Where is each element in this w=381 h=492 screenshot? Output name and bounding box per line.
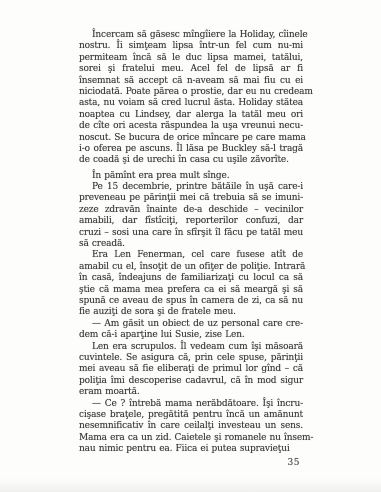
body-paragraph: Era Len Fenerman, cel care fusese atît d…	[79, 250, 303, 318]
text-line: Pe 15 decembrie, printre bătăile în uşă …	[79, 182, 303, 193]
dialogue-paragraph: — Ce ? întrebă mama nerăbdătoare. Îşi în…	[79, 399, 303, 456]
text-line: i-o oferea pe ascuns. Îl lăsa pe Buckley…	[79, 144, 303, 155]
body-paragraph: Încercam să găsesc mîngîiere la Holiday,…	[79, 30, 303, 167]
text-line: nau nimic pentru ea. Fiica ei putea supr…	[79, 444, 303, 455]
text-line: asta, nu voiam să cred lucrul ăsta. Holi…	[79, 98, 303, 109]
text-line: — Am găsit un obiect de uz personal care…	[79, 319, 303, 330]
text-line: niciodată. Poate părea o prostie, dar eu…	[79, 87, 303, 98]
text-line: Era Len Fenerman, cel care fusese atît d…	[79, 250, 303, 261]
text-line: amabili, dar fîstîciţi, reporterilor con…	[79, 216, 303, 227]
text-line: În pămînt era prea mult sînge.	[79, 171, 303, 182]
page-number: 35	[79, 458, 303, 468]
text-line: eram moartă.	[79, 387, 303, 398]
text-block: Încercam să găsesc mîngîiere la Holiday,…	[79, 30, 303, 455]
text-line: sorei şi fratelui meu. Acel fel de lipsă…	[79, 64, 303, 75]
text-line: Mama era ca un zid. Caietele şi romanele…	[79, 433, 303, 444]
text-line: permiteam încă să le duc lipsa mamei, ta…	[79, 53, 303, 64]
text-line: de coadă şi de urechi în casa cu uşile z…	[79, 155, 303, 166]
text-line: însemnat să accept că n-aveam să mai fiu…	[79, 76, 303, 87]
text-line: zeze zdravăn înainte de-a deschide – vec…	[79, 205, 303, 216]
text-line: ştie că mama mea prefera ca ei să meargă…	[79, 285, 303, 296]
text-line: nesemnificativ în care ceilalţi investea…	[79, 421, 303, 432]
text-line: cruzi – sosi una care în sfîrşit îl făcu…	[79, 228, 303, 239]
body-paragraph: Pe 15 decembrie, printre bătăile în uşă …	[79, 182, 303, 250]
text-line: spună ce aveau de spus în camera de zi, …	[79, 296, 303, 307]
text-line: amabil cu el, însoţit de un ofiţer de po…	[79, 262, 303, 273]
text-line: nostru. Îi simţeam lipsa într-un fel cum…	[79, 41, 303, 52]
text-line: dem că-i aparţine lui Susie, zise Len.	[79, 330, 303, 341]
text-line: în casă, îndeajuns de familiarizaţi cu l…	[79, 273, 303, 284]
dialogue-paragraph: — Am găsit un obiect de uz personal care…	[79, 319, 303, 342]
body-paragraph: În pămînt era prea mult sînge.	[79, 171, 303, 182]
text-line: poliţia îmi descoperise cadavrul, că în …	[79, 376, 303, 387]
text-line: — Ce ? întrebă mama nerăbdătoare. Îşi în…	[79, 399, 303, 410]
text-line: noaptea cu Lindsey, dar alerga la tatăl …	[79, 110, 303, 121]
text-line: mei aveau să fie eliberaţi de primul lor…	[79, 364, 303, 375]
text-line: preveneau pe părinţii mei că trebuia să …	[79, 193, 303, 204]
text-line: de cîte ori acesta răspundea la uşa vreu…	[79, 121, 303, 132]
text-line: să creadă.	[79, 239, 303, 250]
text-line: Încercam să găsesc mîngîiere la Holiday,…	[79, 30, 303, 41]
body-paragraph: Len era scrupulos. Îl vedeam cum îşi măs…	[79, 342, 303, 399]
book-page: Încercam să găsesc mîngîiere la Holiday,…	[0, 0, 381, 492]
text-line: Len era scrupulos. Îl vedeam cum îşi măs…	[79, 342, 303, 353]
text-line: cişase braţele, pregătită pentru încă un…	[79, 410, 303, 421]
text-line: fie auziţi de sora şi de fratele meu.	[79, 307, 303, 318]
text-line: cuvintele. Se asigura că, prin cele spus…	[79, 353, 303, 364]
text-line: noscut. Se bucura de orice mîncare pe ca…	[79, 133, 303, 144]
